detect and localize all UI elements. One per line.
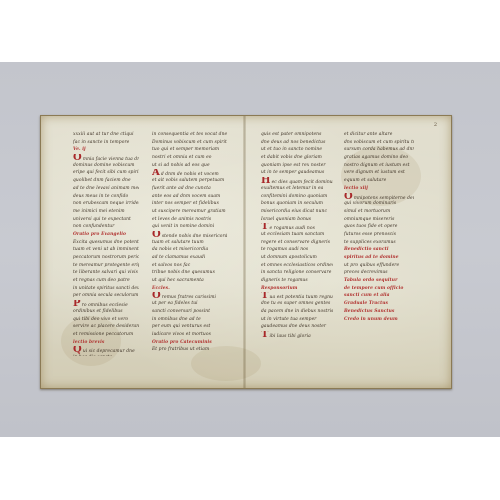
right-leaf-column-1: quis est pater omnipotensdne deus ad nos… <box>261 131 333 356</box>
manuscript-line: Israel quoniam bonus <box>261 216 333 224</box>
manuscript-line: Omnipotens sempiterne deus <box>344 193 414 201</box>
manuscript-line: Ostende nobis dne misericordiam <box>152 231 227 239</box>
manuscript-line: Oratio pro Evangelio <box>73 231 139 239</box>
manuscript-line: et regnas cum deo patre <box>73 277 139 285</box>
rubric-text: Graduale Tractus <box>344 301 388 306</box>
red-initial: T <box>261 331 269 338</box>
manuscript-line: ad te clamamus exaudi <box>152 254 227 262</box>
manuscript-line: et salvos nos fac <box>152 262 227 270</box>
manuscript-line: qui tibi deo vivo et vero <box>73 316 139 324</box>
manuscript-line: Te rogamus audi nos <box>261 223 333 231</box>
rubric-text: Oratio pro Catecuminis <box>152 340 212 345</box>
manuscript-line: ut si ad nobis ad eos que <box>152 162 227 170</box>
rubric-text: Responsorium <box>261 286 298 291</box>
rubric-text: Benedictus Sanctus <box>344 309 395 314</box>
manuscript-line: Ve. ij <box>73 146 139 154</box>
manuscript-line: fuerit ante ad dne cuncta <box>152 185 227 193</box>
rubric-text: spiritus ad te domine <box>344 255 399 260</box>
manuscript-line: da pacem dne in diebus nostris <box>261 308 333 316</box>
manuscript-line: in sancta religione conservare <box>261 269 333 277</box>
manuscript-line: omniumque misereris <box>344 216 414 224</box>
manuscript-line: ut suscipere mereamur gratiam <box>152 208 227 216</box>
manuscript-line: qui venit in nomine domini <box>152 223 227 231</box>
manuscript-bifolium: xxxiii aut at tur dne ctiquifac in sanct… <box>40 115 452 389</box>
manuscript-line: quis est pater omnipotens <box>261 131 333 139</box>
manuscript-line: ut in te semper gaudeamus <box>261 169 333 177</box>
manuscript-line: tuo qui et semper memoriam <box>152 146 227 154</box>
rubric-text: lectio brevis <box>73 340 104 345</box>
manuscript-line: bonus quoniam in seculum <box>261 200 333 208</box>
manuscript-line: universi qui te expectant <box>73 216 139 224</box>
manuscript-line: de tempore cum officio <box>344 285 414 293</box>
manuscript-line: Credo in unum deum <box>344 316 414 322</box>
manuscript-line: confitemini domino quoniam <box>261 193 333 201</box>
manuscript-line: spiritus ad te domine <box>344 254 414 262</box>
manuscript-line: futuros esse prenoscis <box>344 231 414 239</box>
left-leaf-column-2: in consequentia et tes vocat dneDominus … <box>152 131 227 351</box>
manuscript-line: ut per ea fideles tui <box>152 300 227 308</box>
manuscript-line: ut ecclesiam tuam sanctam <box>261 231 333 239</box>
manuscript-line: simul et mortuorum <box>344 208 414 216</box>
manuscript-line: servire ac placere desiderant <box>73 323 139 331</box>
manuscript-line: in hac die sancte <box>73 354 139 356</box>
manuscript-line: et omnes ecclesiasticos ordines <box>261 262 333 270</box>
manuscript-line: tuam et veni ut ab imminentibus <box>73 246 139 254</box>
manuscript-line: Excita quesumus dne potentiam <box>73 239 139 247</box>
right-leaf-column-2: et dicitur ante altaredns vobiscum et cu… <box>344 131 414 321</box>
manuscript-line: sancti conversari possint <box>152 308 227 316</box>
manuscript-line: Pro omnibus ecclesie <box>73 300 139 308</box>
manuscript-line: tribue nobis dne quesumus <box>152 269 227 277</box>
manuscript-line: xxxiii aut at tur dne ctiqui <box>73 131 139 139</box>
manuscript-line: quos tuos fide et opere <box>344 223 414 231</box>
rubric-text: Eccles. <box>152 286 170 291</box>
manuscript-line: et ait vobis salutem perpetuam <box>152 177 227 185</box>
manuscript-line: dns vobiscum et cum spiritu tuo <box>344 139 414 147</box>
manuscript-line: te liberante salvari qui vivis <box>73 269 139 277</box>
manuscript-line: non erubescam neque irrideant <box>73 200 139 208</box>
manuscript-line: gratias agamus domino deo <box>344 154 414 162</box>
manuscript-line: te rogamus audi nos <box>261 246 333 254</box>
red-initial: O <box>344 193 353 200</box>
red-initial: H <box>261 177 271 184</box>
manuscript-line: quolibet dnm faciem dne <box>73 177 139 185</box>
rubric-text: Tabula ordo sequitur <box>344 278 398 283</box>
manuscript-line: dominus domine vobiscum <box>73 162 139 170</box>
manuscript-line: gaudeamus dne deus noster <box>261 323 333 331</box>
rubric-text: Ve. ij <box>73 147 86 152</box>
manuscript-line: te mereamur protegente eripi <box>73 262 139 270</box>
manuscript-line: Dominus vobiscum et cum spiritu <box>152 139 227 147</box>
manuscript-line: et dicitur ante altare <box>344 131 414 139</box>
manuscript-line: per eum qui venturus est <box>152 323 227 331</box>
manuscript-line: equum et salutare <box>344 177 414 185</box>
red-initial: O <box>73 154 82 161</box>
manuscript-line: exultemus et letemur in ea <box>261 185 333 193</box>
manuscript-line: in consequentia et tes vocat dne <box>152 131 227 139</box>
manuscript-line: lectio xiij <box>344 185 414 193</box>
manuscript-line: misericordia eius dicat nunc <box>261 208 333 216</box>
manuscript-line: inter nos semper et fidelibus <box>152 200 227 208</box>
manuscript-line: te supplices exoramus <box>344 239 414 247</box>
manuscript-line: nostri et omnia et cum eo <box>152 154 227 162</box>
manuscript-line: iudicare vivos et mortuos <box>152 331 227 339</box>
manuscript-line: Benedictus Sanctus <box>344 308 414 316</box>
manuscript-line: da nobis et misericordia <box>152 246 227 254</box>
manuscript-line: eripe qui fecit sibi cum spiritu <box>73 169 139 177</box>
rubric-text: Oratio pro Evangelio <box>73 232 126 237</box>
manuscript-line: et remissione peccatorum <box>73 331 139 339</box>
manuscript-line: Graduale Tractus <box>344 300 414 308</box>
manuscript-line: Omnia facie vienna tua dno <box>73 154 139 162</box>
manuscript-line: peccatorum nostrorum periculis <box>73 254 139 262</box>
rubric-text: Credo in unum deum <box>344 317 398 322</box>
manuscript-line: tuam et salutare tuum <box>152 239 227 247</box>
manuscript-line: Oratio pro Catecuminis <box>152 339 227 347</box>
left-leaf-column-1: xxxiii aut at tur dne ctiquifac in sanct… <box>73 131 139 356</box>
manuscript-line: sancti cum et alia <box>344 292 414 300</box>
red-initial: O <box>152 231 161 238</box>
manuscript-line: quoniam ipse est rex noster <box>261 162 333 170</box>
manuscript-line: ad te dne levavi animam meam <box>73 185 139 193</box>
manuscript-line: ut domnum apostolicum <box>261 254 333 262</box>
manuscript-line: non confundentur <box>73 223 139 231</box>
manuscript-line: Responsorium <box>261 285 333 293</box>
manuscript-line: ordinibus et fidelibus <box>73 308 139 316</box>
manuscript-line: ut qui hec sacramenta <box>152 277 227 285</box>
manuscript-line: qui vivorum dominaris <box>344 200 414 208</box>
manuscript-line: preces decrevimus <box>344 269 414 277</box>
manuscript-line: ut pro quibus effundere <box>344 262 414 270</box>
manuscript-line: in omnibus dne ad te <box>152 316 227 324</box>
red-initial: O <box>152 292 161 299</box>
red-initial: A <box>152 169 160 176</box>
manuscript-line: deus meus in te confido <box>73 193 139 201</box>
manuscript-line: nostro dignum et iustum est <box>344 162 414 170</box>
manuscript-line: Qui sic deprecamur dne <box>73 346 139 354</box>
rubric-text: Benedictio sancti <box>344 247 389 252</box>
rubric-text: lectio xiij <box>344 186 368 191</box>
manuscript-line: dne deus ad nos benedictus <box>261 139 333 147</box>
red-initial: P <box>73 300 81 307</box>
red-initial: T <box>261 223 269 230</box>
manuscript-line: in unitate spiritus sancti deus <box>73 285 139 293</box>
manuscript-line: Tua est potentia tuum regnum <box>261 292 333 300</box>
manuscript-line: Ad dnm de nobis et vocem <box>152 169 227 177</box>
manuscript-line: et leves de animis nostris <box>152 216 227 224</box>
left-leaf: xxxiii aut at tur dne ctiquifac in sanct… <box>41 116 244 388</box>
manuscript-line: Benedictio sancti <box>344 246 414 254</box>
manuscript-text: stende nobis dne misericordiam <box>162 234 227 239</box>
manuscript-line: me inimici mei etenim <box>73 208 139 216</box>
rubric-text: sancti cum et alia <box>344 293 390 298</box>
manuscript-line: Eccles. <box>152 285 227 293</box>
manuscript-line: digneris te rogamus <box>261 277 333 285</box>
manuscript-line: dne tu es super omnes gentes <box>261 300 333 308</box>
manuscript-line: sursum corda habemus ad dnm <box>344 146 414 154</box>
manuscript-line: ut in virtute tua semper <box>261 316 333 324</box>
folio-number: 2 <box>434 122 437 128</box>
manuscript-line: vere dignum et iustum est <box>344 169 414 177</box>
manuscript-line: Hec dies quam fecit dominus <box>261 177 333 185</box>
red-initial: T <box>261 292 269 299</box>
manuscript-line: per omnia secula seculorum <box>73 292 139 300</box>
manuscript-line: regere et conservare digneris <box>261 239 333 247</box>
rubric-text: de tempore cum officio <box>344 286 403 291</box>
manuscript-line: ut et tuo in sancto nomine <box>261 146 333 154</box>
right-leaf: 2 quis est pater omnipotensdne deus ad n… <box>244 116 451 388</box>
manuscript-line: ante eos ad dnm vocem suam <box>152 193 227 201</box>
manuscript-line: Tabula ordo sequitur <box>344 277 414 285</box>
manuscript-line: lectio brevis <box>73 339 139 347</box>
manuscript-line: Tibi laus tibi gloria <box>261 331 333 339</box>
manuscript-line: fac in sancte in tempore <box>73 139 139 147</box>
manuscript-line: et dabit vobis dne gloriam <box>261 154 333 162</box>
manuscript-line: Oremus fratres carissimi <box>152 292 227 300</box>
manuscript-line: Et pro fratribus ut etiam <box>152 346 227 351</box>
red-initial: Q <box>73 346 82 353</box>
manuscript-text: ibi laus tibi gloria <box>270 334 311 339</box>
